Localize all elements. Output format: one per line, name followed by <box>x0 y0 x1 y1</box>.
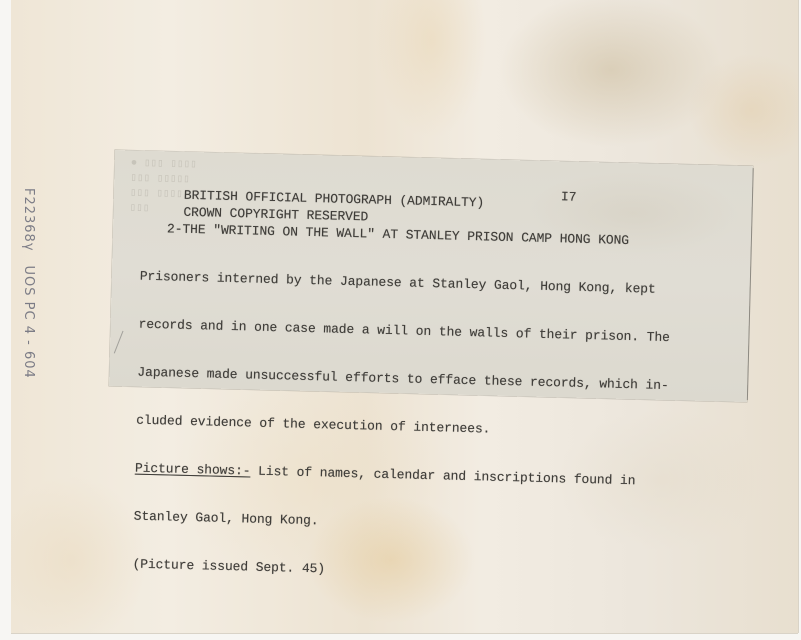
pencil-mark <box>114 331 124 354</box>
issued-note: (Picture issued Sept. 45) <box>132 557 664 586</box>
caption-body-line: Japanese made unsuccessful efforts to ef… <box>137 365 669 394</box>
caption-number: I7 <box>561 189 577 205</box>
picture-shows-line: Picture shows:- List of names, calendar … <box>135 461 667 490</box>
handwritten-reference-number: F22368γ <box>21 188 36 252</box>
picture-shows-continuation: Stanley Gaol, Hong Kong. <box>134 509 666 538</box>
caption-slip: ● ▯▯▯ ▯▯▯▯ ▯▯▯ ▯▯▯▯▯ ▯▯▯ ▯▯▯▯ ▯▯▯ BRITIS… <box>109 150 753 402</box>
caption-body-line: cluded evidence of the execution of inte… <box>136 413 668 442</box>
caption-body-line: Prisoners interned by the Japanese at St… <box>140 269 672 298</box>
handwritten-collection-code: UOS PC 4 - 604 <box>21 266 36 379</box>
picture-shows-label: Picture shows:- <box>135 461 251 479</box>
caption-body: Prisoners interned by the Japanese at St… <box>132 237 673 618</box>
caption-body-line: records and in one case made a will on t… <box>138 317 670 346</box>
picture-shows-text: List of names, calendar and inscriptions… <box>250 464 635 489</box>
handwritten-margin-note: F22368γUOS PC 4 - 604 <box>21 188 36 379</box>
